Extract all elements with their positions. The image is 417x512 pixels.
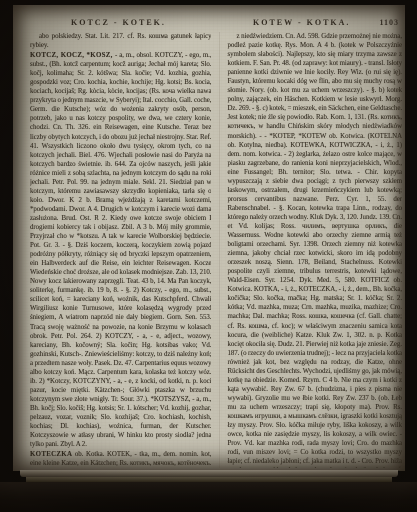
book-scan-photo: KOTCZ - KOTEK. KOTEW - KOTKA. 1103 abo p…: [0, 0, 417, 512]
book-page: KOTCZ - KOTEK. KOTEW - KOTKA. 1103 abo p…: [13, 5, 405, 471]
book-page-edges: [20, 470, 398, 477]
dictionary-entry: KOTECZKA ob. Kotka. KOTEK, - tka, m., de…: [30, 450, 211, 468]
running-head-row: KOTCZ - KOTEK. KOTEW - KOTKA. 1103: [31, 18, 387, 30]
text-columns: abo polskiedzy. Stat. Lit. 217. cf. Rs. …: [30, 32, 402, 468]
dictionary-entry: KOTCZ, KOCZ, *KOSZ, - a, m., obsol. KOTC…: [30, 51, 211, 449]
column-right: z niedźwiedziem. Cn. Ad. 598. Gdzie prze…: [219, 32, 402, 468]
background-shadow: [0, 482, 417, 512]
entry-continuation: z niedźwiedziem. Cn. Ad. 598. Gdzie prze…: [227, 32, 402, 468]
page-number: 1103: [379, 18, 399, 27]
running-head-right: KOTEW - KOTKA.: [253, 18, 350, 27]
entry-headword: KOTECZKA: [30, 451, 75, 458]
running-head-left: KOTCZ - KOTEK.: [71, 18, 166, 27]
column-left: abo polskiedzy. Stat. Lit. 217. cf. Rs. …: [30, 32, 211, 468]
entry-continuation: abo polskiedzy. Stat. Lit. 217. cf. Rs. …: [30, 32, 211, 50]
entry-headword: KOTCZ, KOCZ, *KOSZ,: [30, 52, 115, 59]
